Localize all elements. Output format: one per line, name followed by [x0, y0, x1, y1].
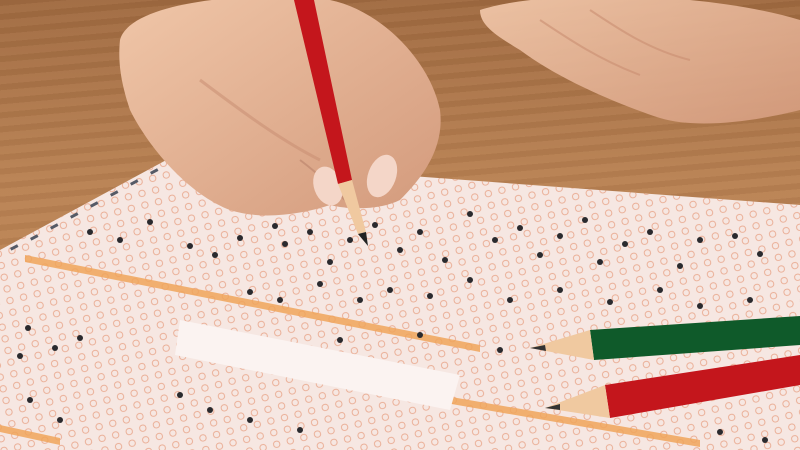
answer-sheet: [0, 158, 800, 450]
photo-scene: [0, 0, 800, 450]
photo-illustration: [0, 0, 800, 450]
resting-hand: [480, 0, 800, 123]
